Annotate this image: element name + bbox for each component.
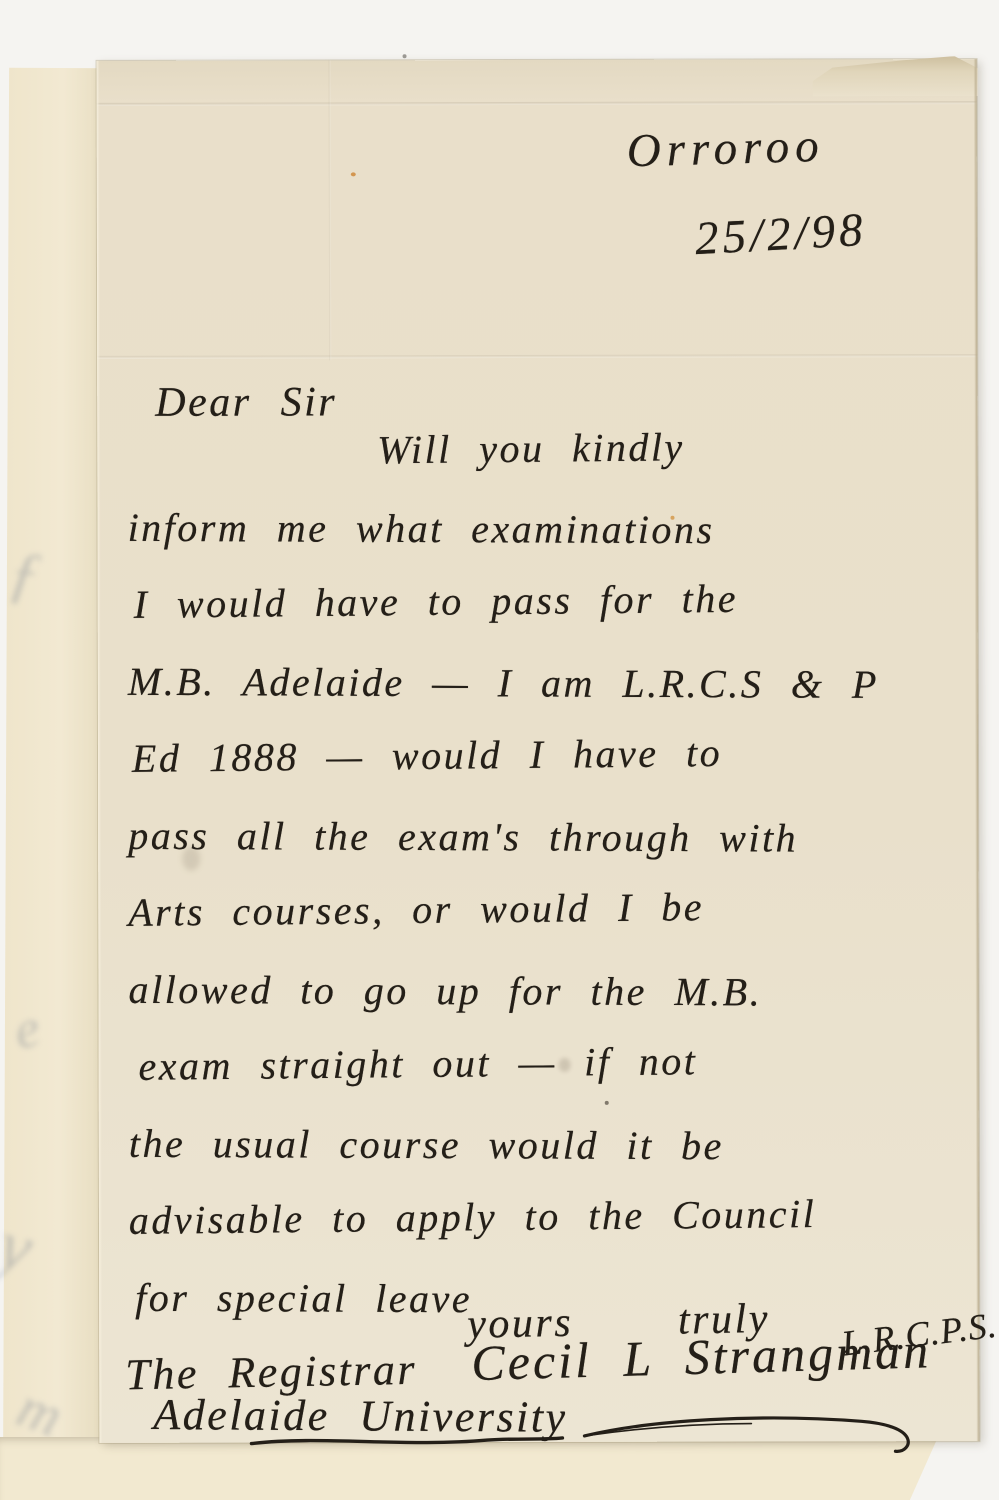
- handwritten-line: pass all the exam's through with: [128, 812, 958, 892]
- scanned-letter: ƒ e y m Orroroo 25/2/98 Dear Sir Will yo…: [0, 0, 999, 1500]
- letter-page: Orroroo 25/2/98 Dear Sir Will you kindly…: [97, 59, 980, 1443]
- handwritten-line: I would have to pass for the: [133, 573, 958, 658]
- ink-showthrough: y: [0, 1205, 40, 1290]
- handwritten-line: inform me what examinations: [127, 504, 957, 584]
- ink-showthrough: ƒ: [4, 536, 46, 614]
- paper-speck: [403, 54, 407, 58]
- handwritten-line: Arts courses, or would I be: [128, 881, 959, 966]
- addressee-institution: Adelaide University: [153, 1389, 568, 1443]
- page-corner-curl: [813, 56, 978, 96]
- page-edge-shadow: [974, 59, 980, 1441]
- folded-page-edge: ƒ e y m: [3, 68, 108, 1500]
- handwritten-line: Ed 1888 — would I have to: [132, 727, 959, 812]
- handwritten-line: Will you kindly: [377, 421, 958, 504]
- fold-crease: [97, 354, 977, 359]
- ink-showthrough: e: [9, 996, 45, 1062]
- letter-salutation: Dear Sir: [155, 378, 337, 426]
- handwritten-line: the usual course would it be: [129, 1120, 959, 1200]
- handwritten-line: allowed to go up for the M.B.: [128, 966, 958, 1046]
- handwritten-line: advisable to apply to the Council: [129, 1189, 960, 1274]
- paper-speck: [351, 172, 356, 176]
- letter-place: Orroroo: [626, 119, 825, 179]
- underlying-sheet: [0, 1437, 938, 1500]
- letter-date: 25/2/98: [694, 203, 868, 266]
- letter-body: Will you kindlyinform me what examinatio…: [127, 425, 959, 1351]
- handwritten-line: exam straight out — if not: [138, 1035, 959, 1120]
- fold-crease: [97, 101, 977, 106]
- handwritten-line: M.B. Adelaide — I am L.R.C.S & P: [128, 658, 958, 738]
